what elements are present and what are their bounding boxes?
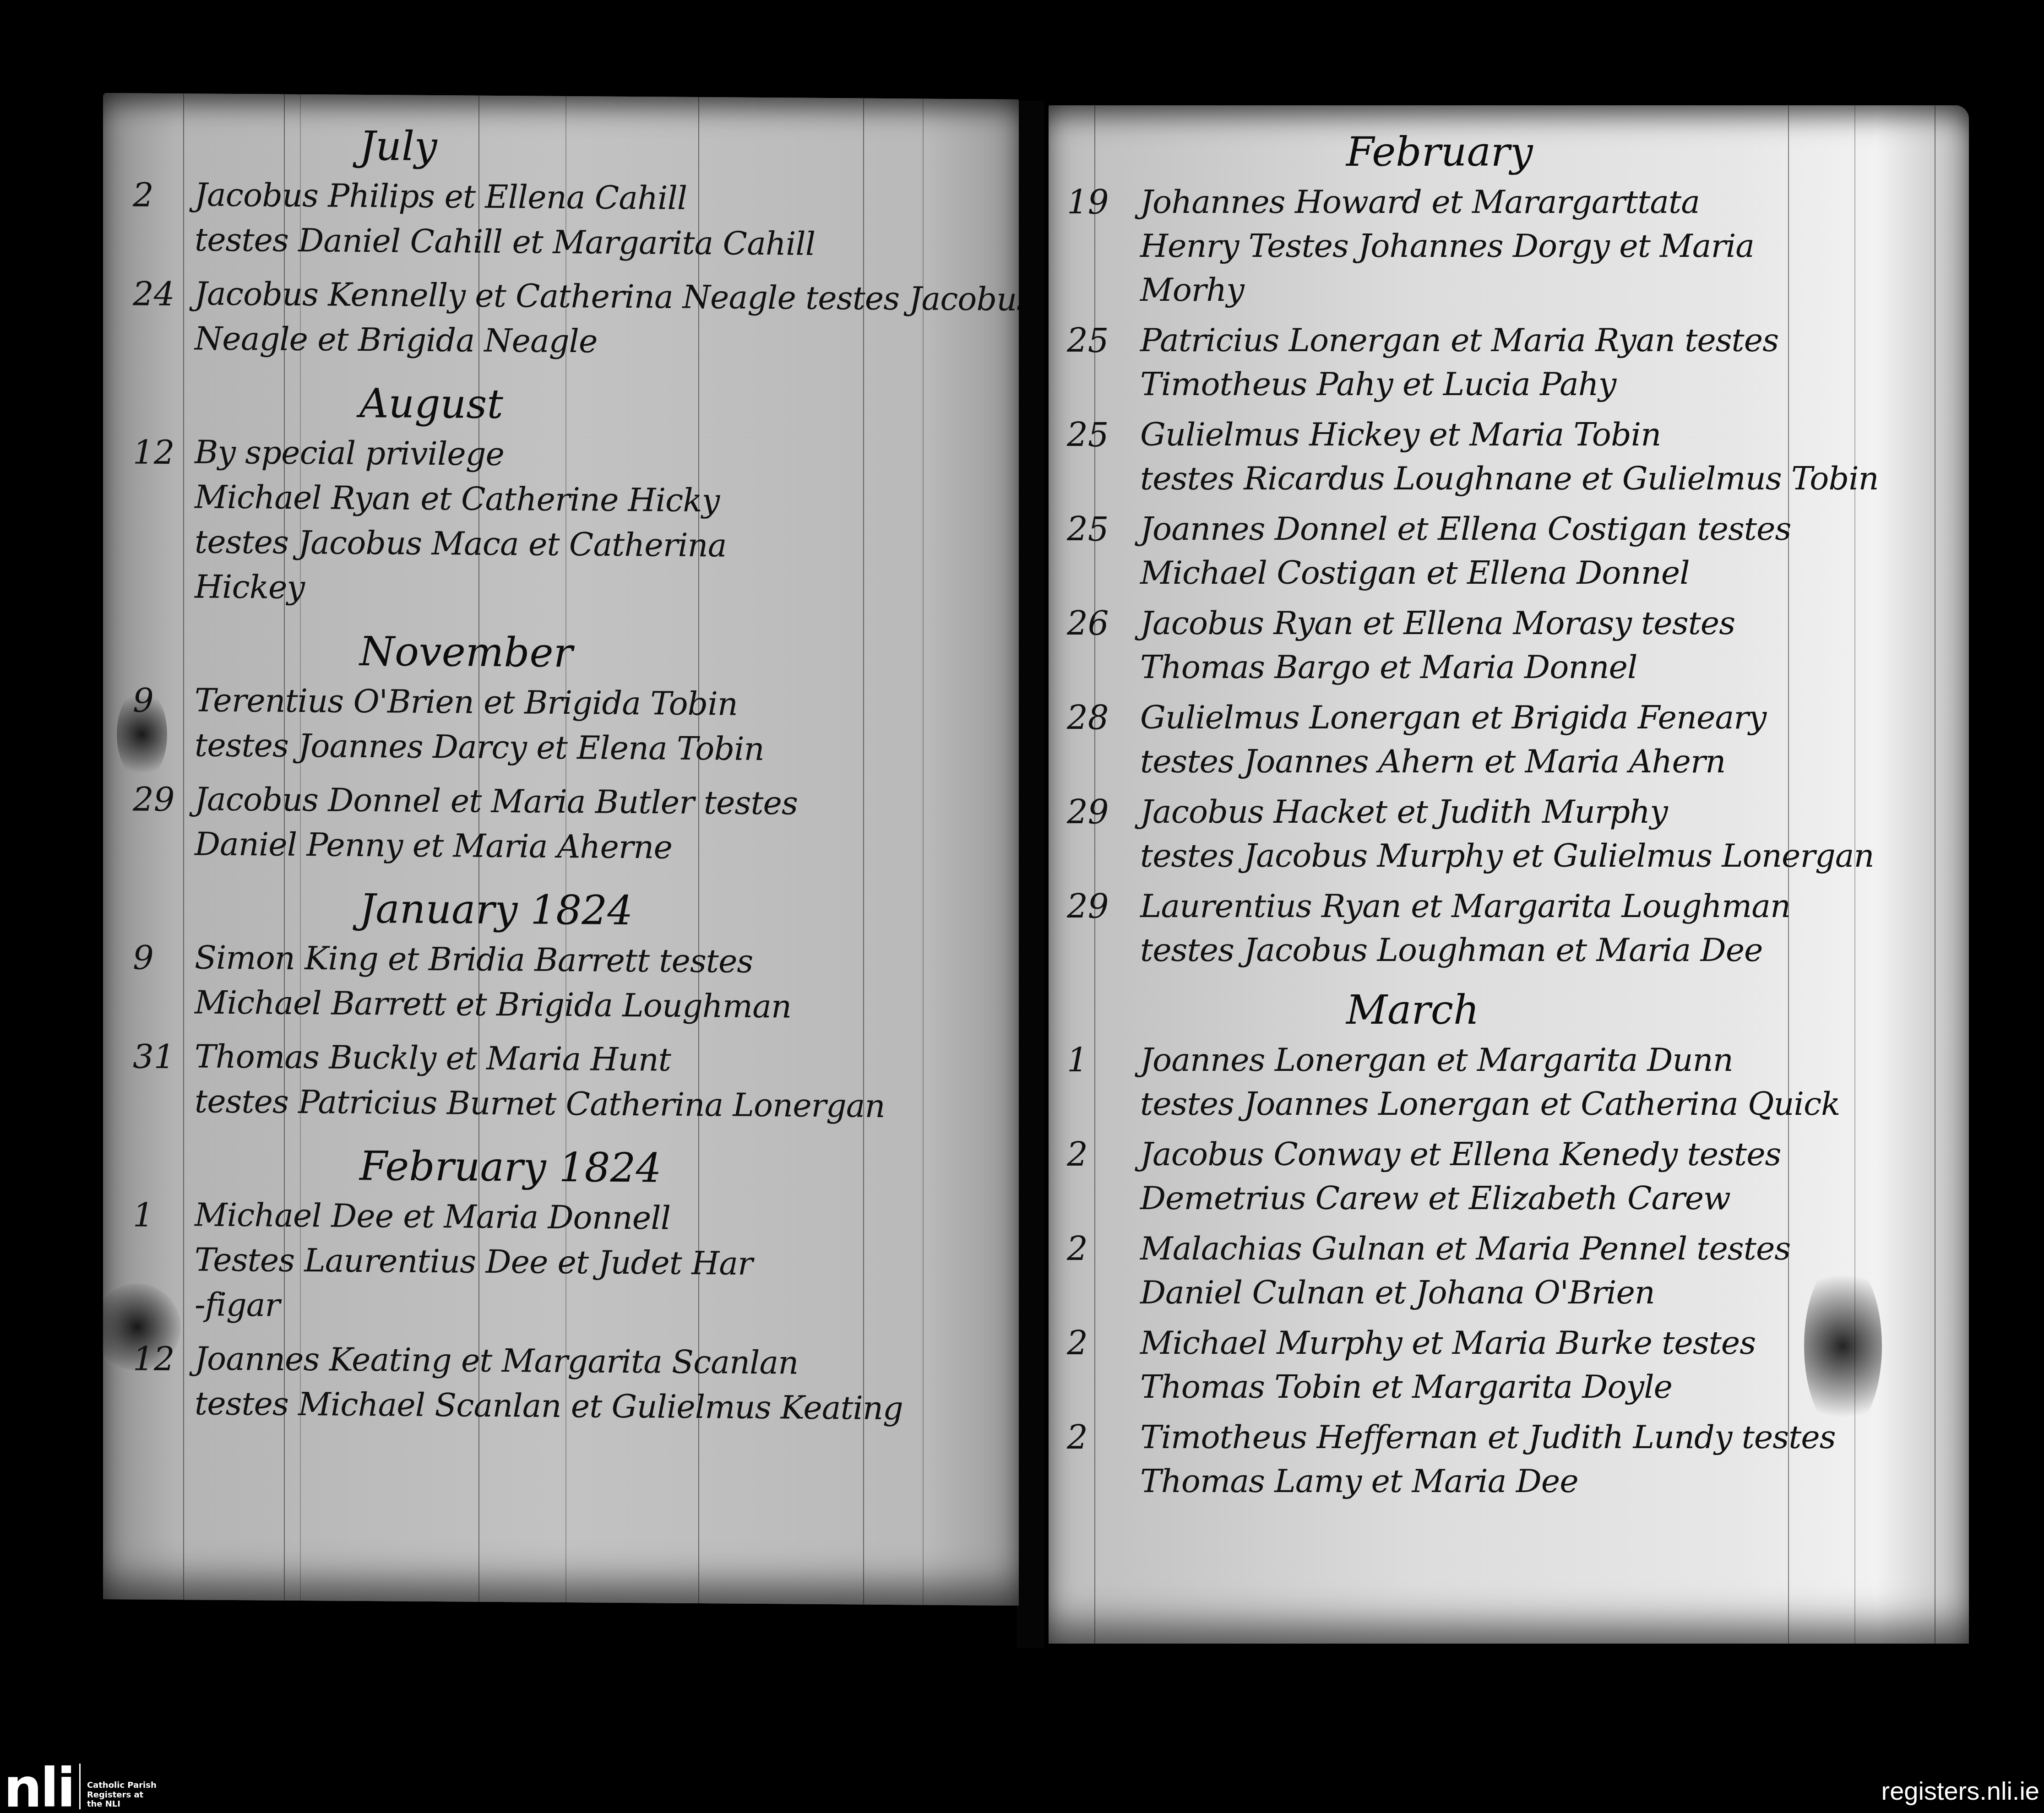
logo-caption-line: Catholic Parish xyxy=(87,1780,157,1790)
entry-text-line: testes Jacobus Maca et Catherina xyxy=(195,523,726,564)
entry-text-line: Jacobus Donnel et Maria Butler testes xyxy=(195,780,798,822)
entry-text-line: Timotheus Heffernan et Judith Lundy test… xyxy=(1140,1418,1836,1456)
entry-text-line: Jacobus Kennelly et Catherina Neagle tes… xyxy=(195,275,1019,318)
entry-text-line: Jacobus Philips et Ellena Cahill xyxy=(195,176,687,217)
entry-day: 2 xyxy=(1067,1135,1088,1174)
entry-text-line: testes Joannes Lonergan et Catherina Qui… xyxy=(1140,1085,1840,1123)
entry-text-line: Demetrius Carew et Elizabeth Carew xyxy=(1140,1179,1730,1217)
month-heading: August xyxy=(359,380,503,428)
month-heading: February xyxy=(1346,128,1533,175)
logo-caption-line: the NLI xyxy=(87,1799,120,1809)
month-heading: November xyxy=(359,628,573,676)
entry-text-line: Joannes Donnel et Ellena Costigan testes xyxy=(1140,510,1791,548)
entry-day: 25 xyxy=(1067,416,1109,454)
month-heading: July xyxy=(359,122,437,170)
logo-caption: Catholic Parish Registers at the NLI xyxy=(87,1781,157,1809)
entry-day: 28 xyxy=(1067,699,1109,737)
entry-text-line: -figar xyxy=(195,1286,280,1324)
entry-text-line: testes Joannes Ahern et Maria Ahern xyxy=(1140,743,1725,780)
entry-text-line: testes Patricius Burnet Catherina Lonerg… xyxy=(195,1082,885,1125)
register-page-right: February19Johannes Howard et Marargartta… xyxy=(1049,105,1969,1644)
entry-text-line: Morhy xyxy=(1140,271,1244,309)
logo-caption-line: Registers at xyxy=(87,1790,143,1800)
entry-text-line: Michael Barrett et Brigida Loughman xyxy=(195,983,791,1025)
entry-text-line: testes Jacobus Murphy et Gulielmus Loner… xyxy=(1140,837,1874,874)
entry-day: 25 xyxy=(1067,321,1109,360)
entry-day: 29 xyxy=(1067,793,1109,831)
entry-day: 2 xyxy=(1067,1324,1088,1362)
entry-text-line: Hickey xyxy=(195,568,304,606)
entry-text-line: Jacobus Hacket et Judith Murphy xyxy=(1140,793,1668,831)
entry-text-line: Thomas Lamy et Maria Dee xyxy=(1140,1462,1578,1500)
entry-day: 19 xyxy=(1067,183,1109,222)
entry-day: 31 xyxy=(133,1037,175,1076)
entry-day: 25 xyxy=(1067,510,1109,548)
entry-day: 26 xyxy=(1067,604,1109,643)
nli-logo[interactable]: nli Catholic Parish Registers at the NLI xyxy=(4,1764,157,1809)
entry-day: 1 xyxy=(1067,1041,1088,1080)
register-page-left: July2Jacobus Philips et Ellena Cahilltes… xyxy=(103,93,1019,1606)
entry-text-line: testes Daniel Cahill et Margarita Cahill xyxy=(195,221,815,262)
entry-text-line: Timotheus Pahy et Lucia Pahy xyxy=(1140,365,1616,403)
entry-text-line: testes Ricardus Loughnane et Gulielmus T… xyxy=(1140,460,1879,497)
entry-text-line: Testes Laurentius Dee et Judet Har xyxy=(195,1241,752,1282)
entry-text-line: testes Joannes Darcy et Elena Tobin xyxy=(195,726,764,768)
entry-text-line: Thomas Bargo et Maria Donnel xyxy=(1140,648,1637,686)
entry-text-line: Daniel Penny et Maria Aherne xyxy=(195,825,672,866)
entry-text-line: Neagle et Brigida Neagle xyxy=(195,320,597,360)
entry-text-line: Terentius O'Brien et Brigida Tobin xyxy=(195,681,738,722)
entry-day: 12 xyxy=(133,1339,175,1378)
entry-day: 29 xyxy=(1067,887,1109,926)
entry-text-line: Patricius Lonergan et Maria Ryan testes xyxy=(1140,321,1778,359)
entry-text-line: Michael Ryan et Catherine Hicky xyxy=(195,478,719,519)
entry-text-line: Laurentius Ryan et Margarita Loughman xyxy=(1140,887,1790,925)
entry-text-line: Gulielmus Lonergan et Brigida Feneary xyxy=(1140,699,1766,736)
entry-text-line: Gulielmus Hickey et Maria Tobin xyxy=(1140,416,1661,453)
logo-divider xyxy=(79,1764,81,1809)
entry-day: 2 xyxy=(133,175,154,214)
entry-day: 2 xyxy=(1067,1418,1088,1457)
entry-day: 9 xyxy=(133,938,154,977)
month-heading: January 1824 xyxy=(359,885,633,934)
entry-text-line: Michael Dee et Maria Donnell xyxy=(195,1196,670,1237)
entry-day: 2 xyxy=(1067,1230,1088,1268)
entry-text-line: Michael Costigan et Ellena Donnel xyxy=(1140,554,1690,592)
month-heading: March xyxy=(1346,986,1479,1033)
entry-text-line: Michael Murphy et Maria Burke testes xyxy=(1140,1324,1756,1362)
book-gutter xyxy=(1017,101,1044,1648)
entry-day: 29 xyxy=(133,780,175,819)
entry-text-line: Jacobus Conway et Ellena Kenedy testes xyxy=(1140,1135,1781,1173)
nli-logo-mark: nli xyxy=(4,1766,74,1809)
entry-text-line: testes Michael Scanlan et Gulielmus Keat… xyxy=(195,1384,903,1427)
entry-text-line: Thomas Buckly et Maria Hunt xyxy=(195,1037,671,1078)
entry-day: 24 xyxy=(133,274,175,313)
entry-text-line: Daniel Culnan et Johana O'Brien xyxy=(1140,1274,1655,1311)
entry-day: 9 xyxy=(133,681,154,719)
entry-text-line: By special privilege xyxy=(195,433,504,473)
entry-text-line: Simon King et Bridia Barrett testes xyxy=(195,939,753,980)
entry-text-line: Thomas Tobin et Margarita Doyle xyxy=(1140,1368,1672,1406)
entry-text-line: Joannes Lonergan et Margarita Dunn xyxy=(1140,1041,1733,1079)
entry-text-line: Johannes Howard et Marargarttata xyxy=(1140,183,1700,221)
left-page-entries: July2Jacobus Philips et Ellena Cahilltes… xyxy=(103,93,1019,99)
entry-day: 12 xyxy=(133,433,175,472)
entry-text-line: testes Jacobus Loughman et Maria Dee xyxy=(1140,931,1763,969)
month-heading: February 1824 xyxy=(359,1142,662,1192)
site-url-link[interactable]: registers.nli.ie xyxy=(1881,1776,2039,1806)
entry-text-line: Henry Testes Johannes Dorgy et Maria xyxy=(1140,227,1754,265)
entry-text-line: Joannes Keating et Margarita Scanlan xyxy=(195,1340,798,1381)
entry-day: 1 xyxy=(133,1195,154,1234)
entry-text-line: Jacobus Ryan et Ellena Morasy testes xyxy=(1140,604,1735,642)
entry-text-line: Malachias Gulnan et Maria Pennel testes xyxy=(1140,1230,1790,1267)
